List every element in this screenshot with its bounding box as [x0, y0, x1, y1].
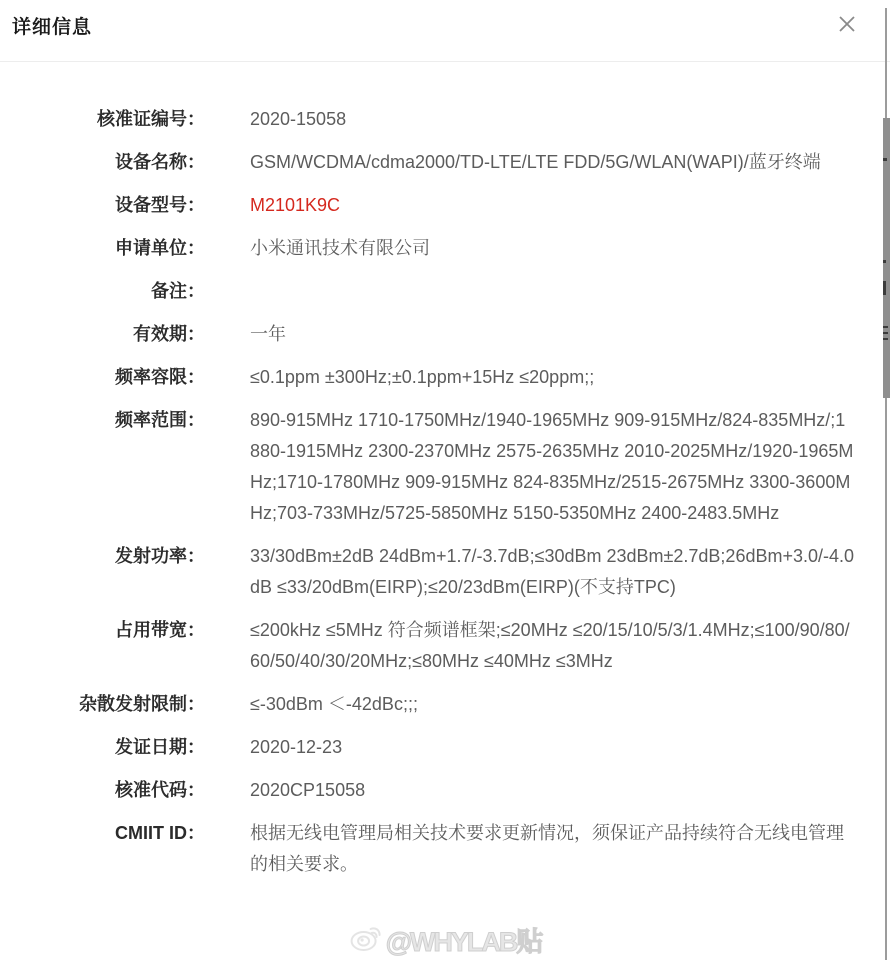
field-row-occupied-bandwidth: 占用带宽： ≤200kHz ≤5MHz 符合频谱框架;≤20MHz ≤20/15… [0, 615, 890, 677]
sliver-fragment [883, 338, 888, 340]
field-row-issue-date: 发证日期： 2020-12-23 [0, 732, 890, 763]
field-label: 核准证编号： [0, 104, 205, 135]
sliver-fragment [883, 158, 887, 161]
field-list: 核准证编号： 2020-15058 设备名称： GSM/WCDMA/cdma20… [0, 62, 890, 880]
field-row-device-name: 设备名称： GSM/WCDMA/cdma2000/TD-LTE/LTE FDD/… [0, 147, 890, 178]
field-value: 890-915MHz 1710-1750MHz/1940-1965MHz 909… [250, 405, 855, 529]
field-label: CMIIT ID： [0, 818, 205, 880]
field-value: 一年 [250, 319, 855, 350]
field-value: ≤-30dBm ＜-42dBc;;; [250, 689, 855, 720]
weibo-icon [349, 921, 383, 958]
field-value: 33/30dBm±2dB 24dBm+1.7/-3.7dB;≤30dBm 23d… [250, 541, 855, 603]
close-button[interactable] [836, 15, 858, 37]
field-value [250, 276, 855, 307]
field-row-transmit-power: 发射功率： 33/30dBm±2dB 24dBm+1.7/-3.7dB;≤30d… [0, 541, 890, 603]
field-row-cmiit-id: CMIIT ID： 根据无线电管理局相关技术要求更新情况，须保证产品持续符合无线… [0, 818, 890, 880]
background-page-sliver [883, 118, 890, 398]
field-value: GSM/WCDMA/cdma2000/TD-LTE/LTE FDD/5G/WLA… [250, 147, 855, 178]
field-label: 设备型号： [0, 190, 205, 221]
field-label: 杂散发射限制： [0, 689, 205, 720]
close-icon [837, 14, 857, 39]
field-value: 2020-15058 [250, 104, 855, 135]
field-value: 2020-12-23 [250, 732, 855, 763]
field-label: 备注： [0, 276, 205, 307]
modal-header: 详细信息 [0, 0, 890, 62]
field-label: 核准代码： [0, 775, 205, 806]
field-row-device-model: 设备型号： M2101K9C [0, 190, 890, 221]
field-label: 发射功率： [0, 541, 205, 603]
field-label: 占用带宽： [0, 615, 205, 677]
field-row-frequency-range: 频率范围： 890-915MHz 1710-1750MHz/1940-1965M… [0, 405, 890, 529]
field-value-highlighted: M2101K9C [250, 190, 855, 221]
sliver-fragment [883, 326, 888, 328]
field-label: 发证日期： [0, 732, 205, 763]
field-label: 设备名称： [0, 147, 205, 178]
field-row-frequency-tolerance: 频率容限： ≤0.1ppm ±300Hz;±0.1ppm+15Hz ≤20ppm… [0, 362, 890, 393]
field-value: ≤200kHz ≤5MHz 符合频谱框架;≤20MHz ≤20/15/10/5/… [250, 615, 855, 677]
field-row-remark: 备注： [0, 276, 890, 307]
field-row-approval-number: 核准证编号： 2020-15058 [0, 104, 890, 135]
sliver-fragment [883, 332, 888, 334]
weibo-watermark: @WHYLAB贴 [349, 920, 542, 959]
detail-info-modal: 详细信息 核准证编号： 2020-15058 设备名称： GSM/WCDMA/c… [0, 0, 890, 960]
field-label: 频率范围： [0, 405, 205, 529]
field-row-spurious-emission-limit: 杂散发射限制： ≤-30dBm ＜-42dBc;;; [0, 689, 890, 720]
field-row-applicant: 申请单位： 小米通讯技术有限公司 [0, 233, 890, 264]
field-label: 有效期： [0, 319, 205, 350]
field-label: 申请单位： [0, 233, 205, 264]
modal-title: 详细信息 [12, 12, 92, 39]
field-value: 根据无线电管理局相关技术要求更新情况，须保证产品持续符合无线电管理的相关要求。 [250, 818, 855, 880]
field-row-approval-code: 核准代码： 2020CP15058 [0, 775, 890, 806]
watermark-text: @WHYLAB贴 [386, 920, 542, 959]
sliver-fragment [883, 260, 886, 263]
sliver-fragment [883, 281, 886, 295]
field-label: 频率容限： [0, 362, 205, 393]
field-value: ≤0.1ppm ±300Hz;±0.1ppm+15Hz ≤20ppm;; [250, 362, 855, 393]
field-value: 小米通讯技术有限公司 [250, 233, 855, 264]
field-row-validity: 有效期： 一年 [0, 319, 890, 350]
field-value: 2020CP15058 [250, 775, 855, 806]
